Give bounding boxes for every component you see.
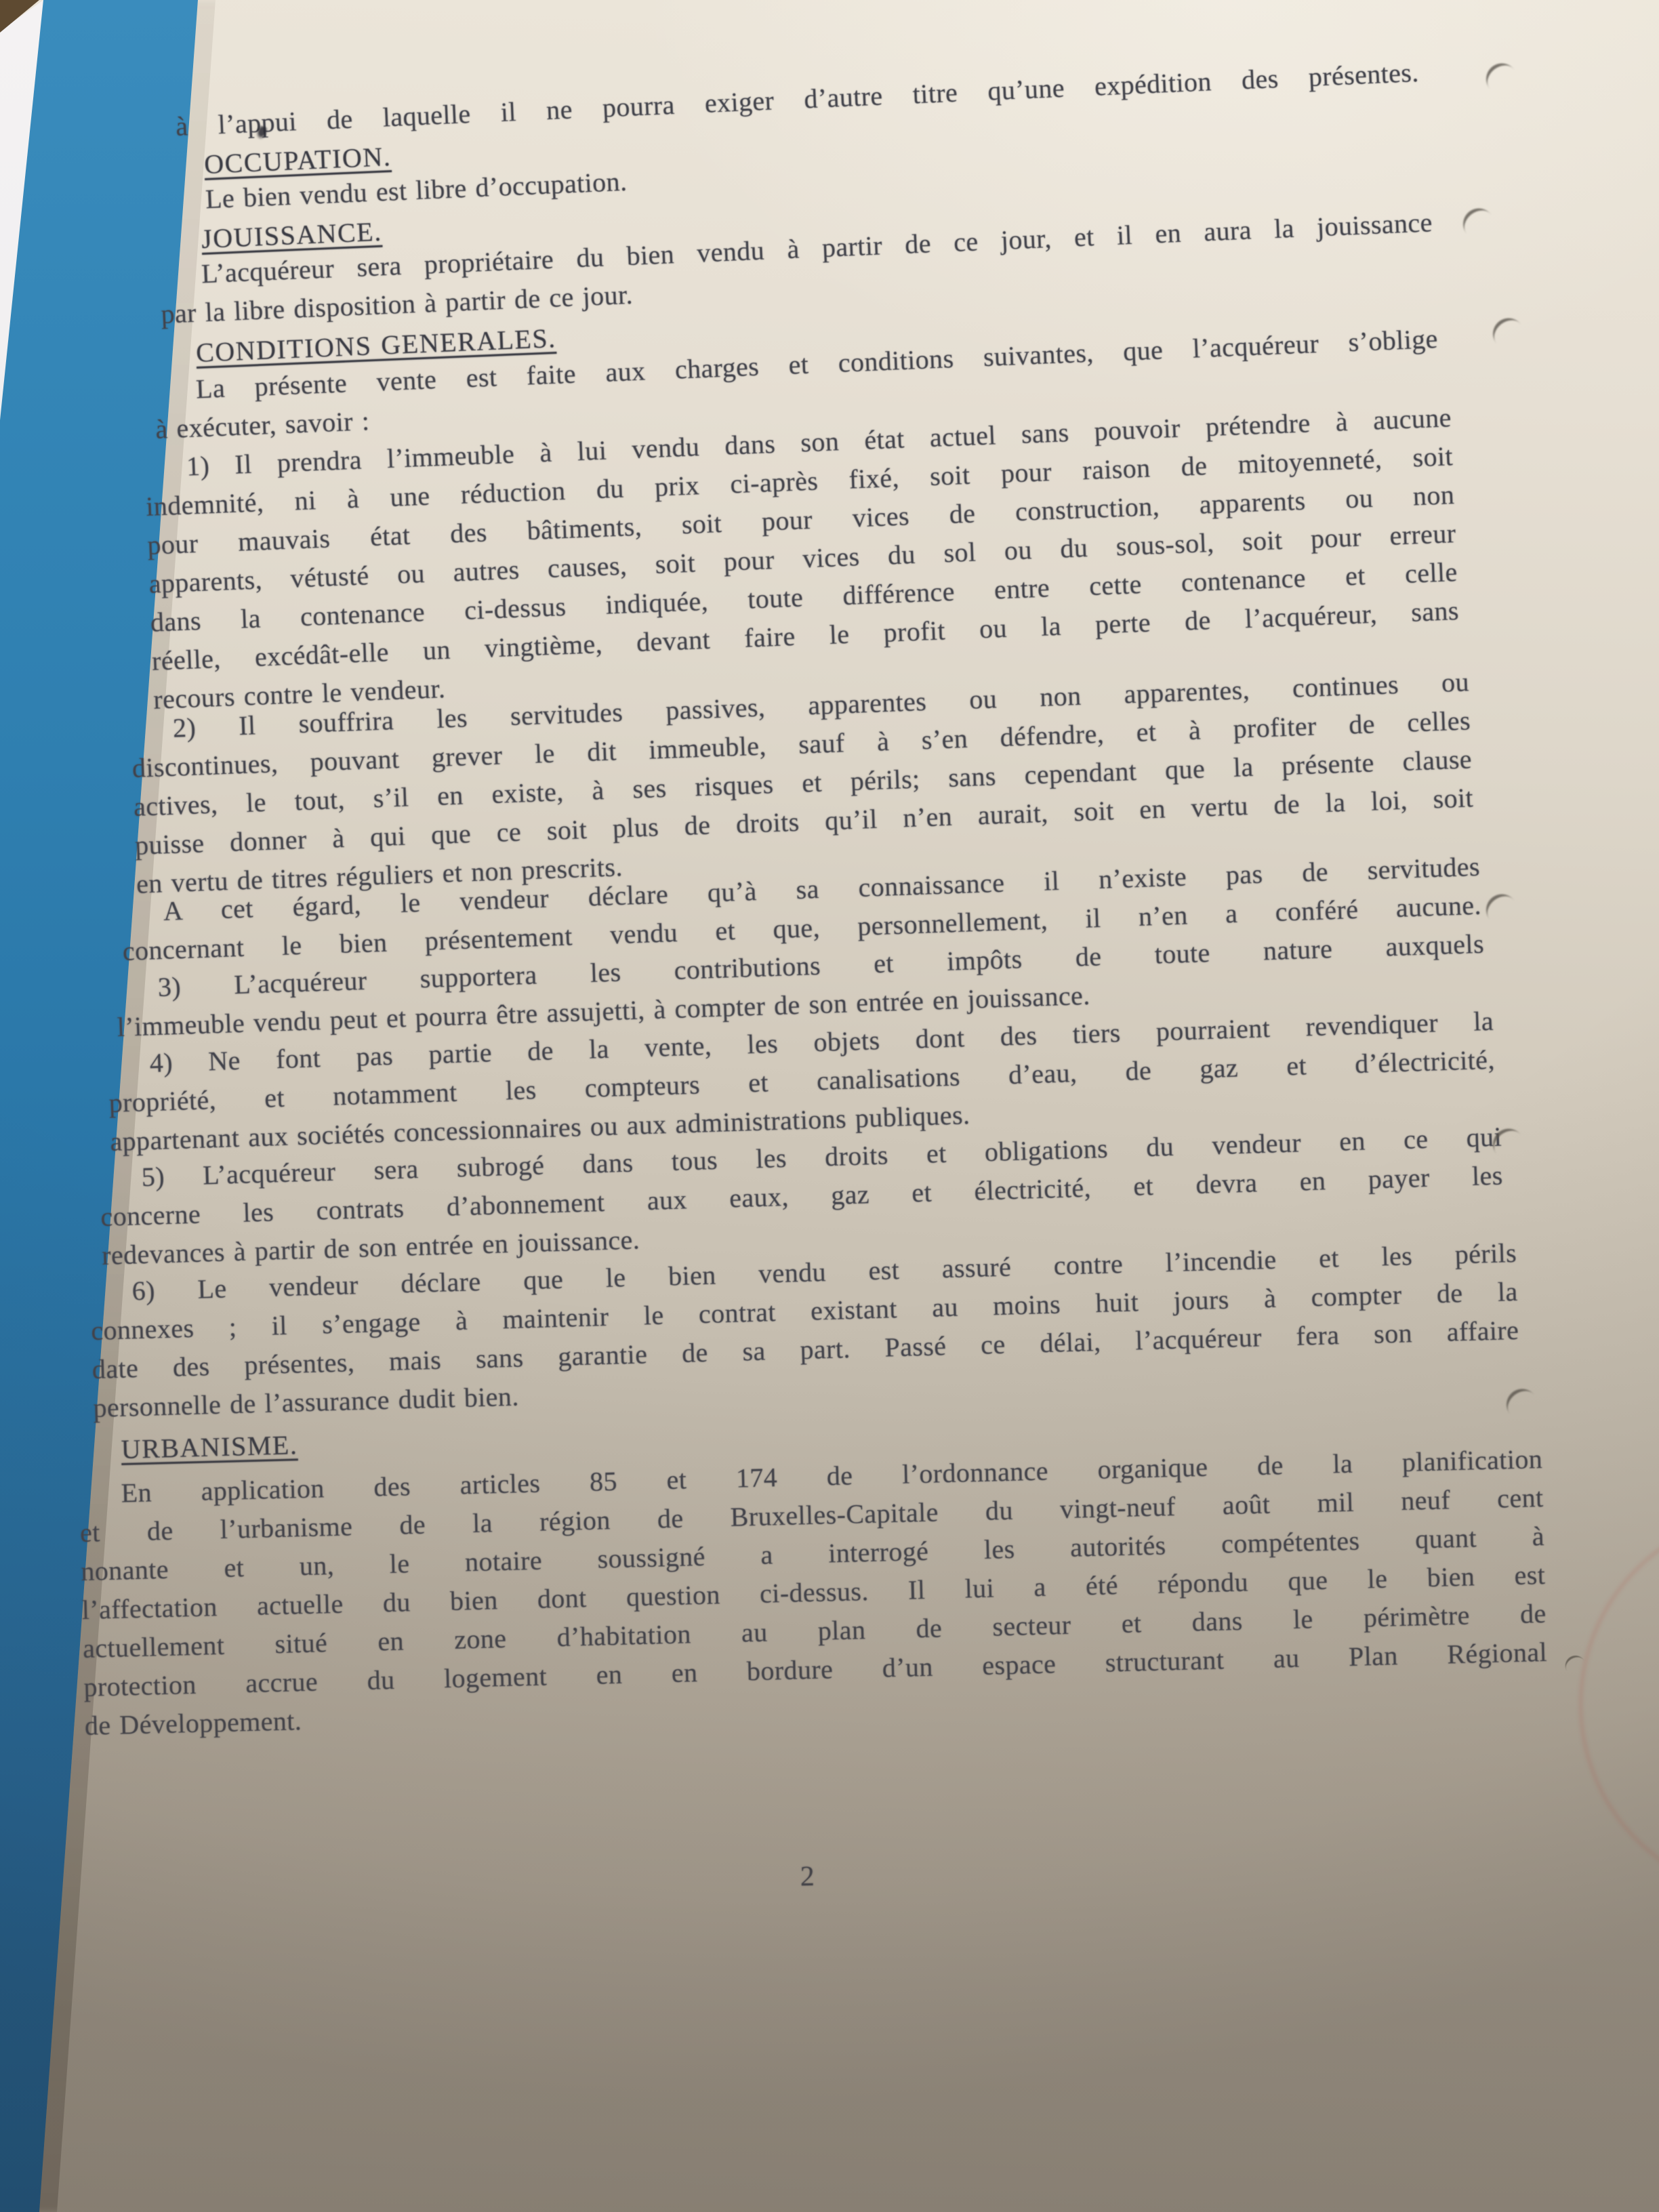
page-content: à l’appui de laquelle il ne pourra exige… [0,0,1659,2212]
paragraph-urbanisme: En application des articles 85 et 174 de… [79,1439,1549,1745]
heading-urbanisme: URBANISME. [121,1425,298,1469]
paragraph-continuation: à l’appui de laquelle il ne pourra exige… [175,53,1420,146]
text-line: à l’appui de laquelle il ne pourra exige… [175,53,1420,146]
page-number: 2 [777,1857,838,1897]
